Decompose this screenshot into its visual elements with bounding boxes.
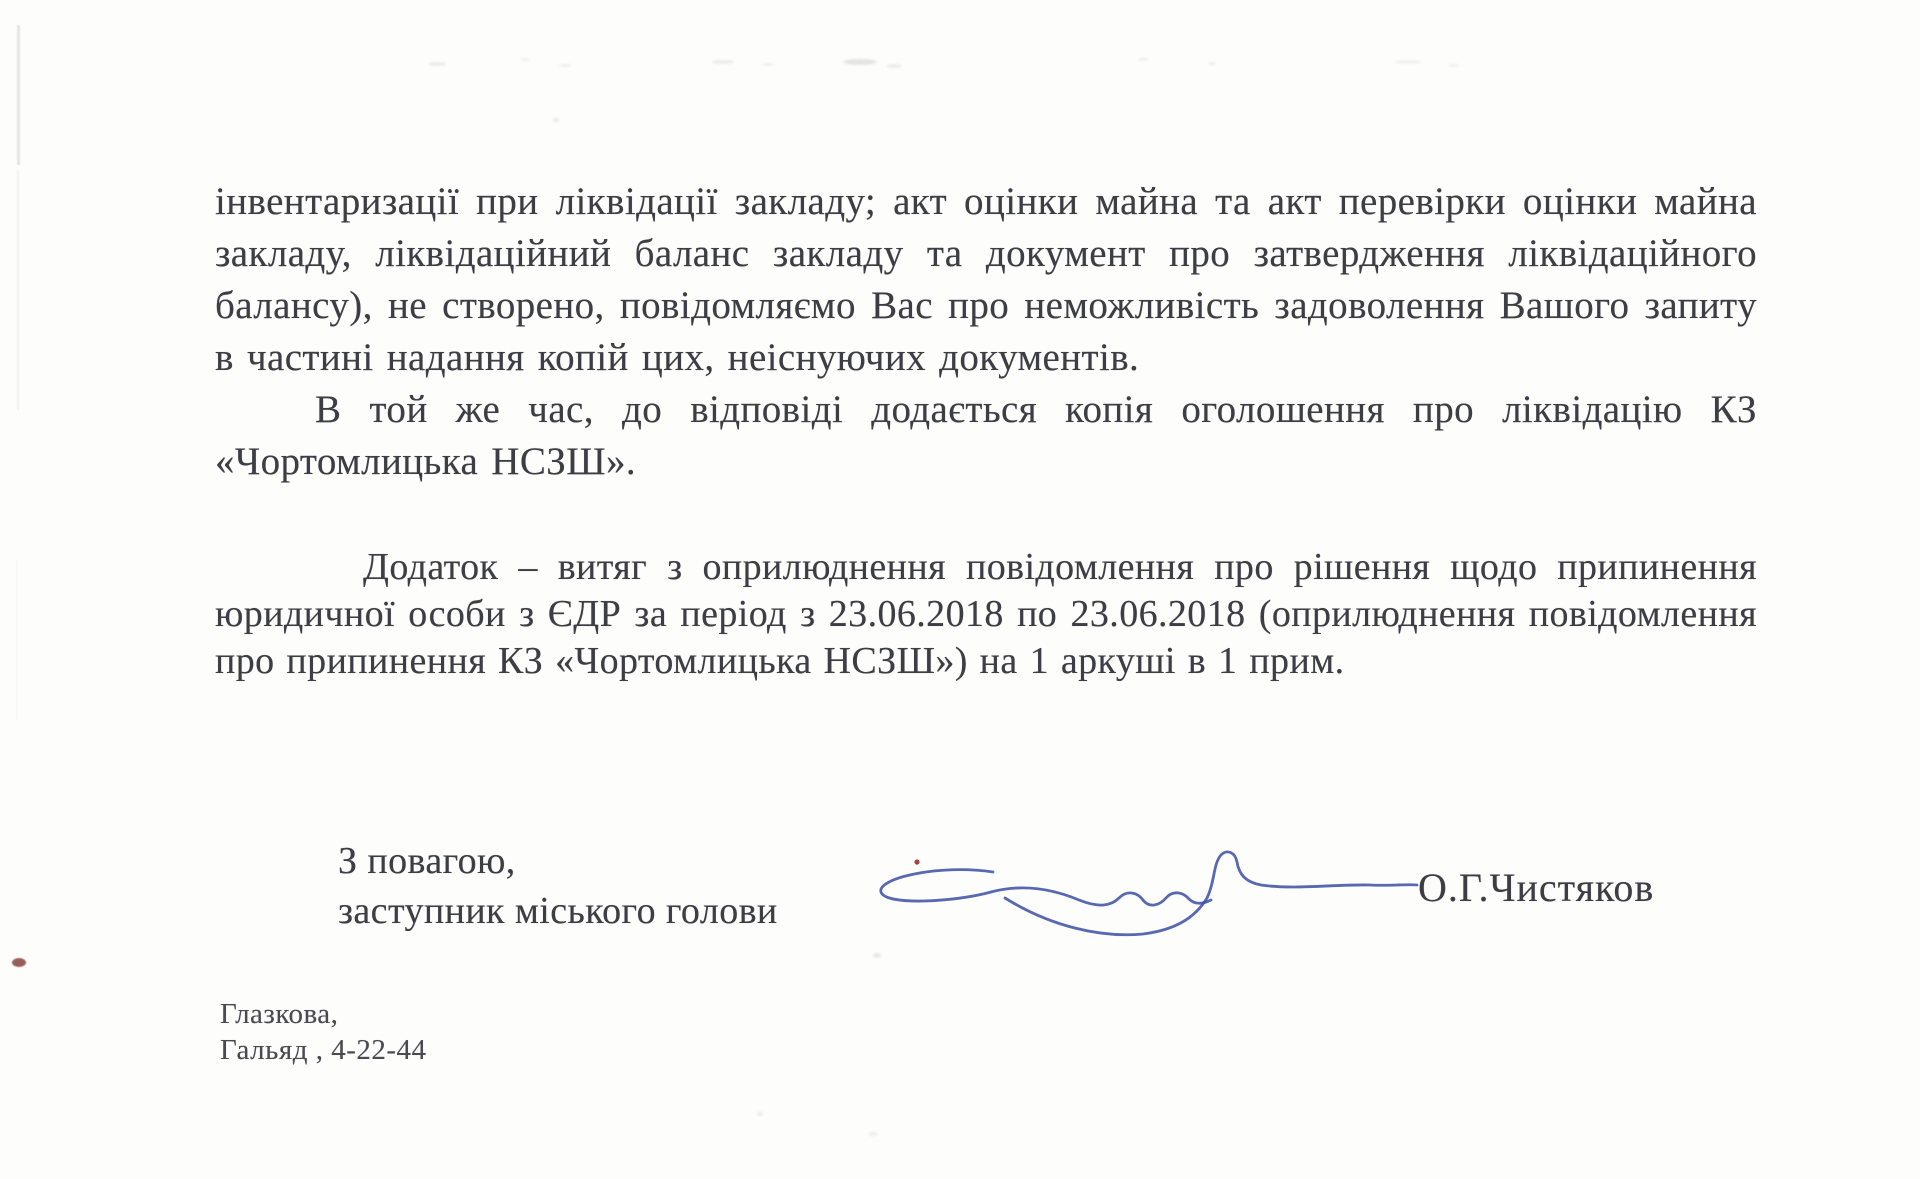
letter-body: інвентаризації при ліквідації закладу; а… [215, 176, 1757, 685]
scan-speck [1208, 62, 1216, 65]
attachment-paragraph: Додаток – витяг з оприлюднення повідомле… [215, 544, 1757, 685]
scan-speck [886, 64, 902, 68]
signature-stroke [881, 870, 1211, 905]
body-paragraph-2: В той же час, до відповіді додається коп… [215, 384, 1757, 488]
closing-block: З повагою, заступник міського голови [338, 836, 778, 936]
scan-speck [428, 62, 446, 66]
red-ink-dot [914, 859, 919, 864]
scan-speck [1448, 64, 1460, 67]
scan-speck [873, 953, 881, 958]
scan-speck [1395, 60, 1421, 64]
footer-contact: Глазкова, Гальяд , 4-22-44 [220, 996, 427, 1068]
scan-speck [520, 58, 530, 61]
signer-title: заступник міського голови [338, 886, 778, 936]
scan-speck [868, 1132, 878, 1136]
scan-speck [553, 118, 559, 122]
signature-scribble [865, 840, 1425, 950]
scan-edge-streak [17, 170, 19, 410]
scan-speck [843, 59, 877, 65]
scanned-letter-page: інвентаризації при ліквідації закладу; а… [0, 0, 1920, 1179]
body-paragraph-1: інвентаризації при ліквідації закладу; а… [215, 176, 1757, 384]
scan-edge-streak [17, 25, 20, 165]
scan-speck [1138, 58, 1148, 61]
signature-stroke [1005, 852, 1417, 935]
footer-contact-phone: Гальяд , 4-22-44 [220, 1032, 427, 1068]
footer-contact-name: Глазкова, [220, 996, 427, 1032]
scan-edge-streak [16, 560, 18, 720]
scan-speck [558, 64, 572, 67]
scan-speck [762, 63, 774, 66]
scan-speck [757, 1112, 763, 1116]
signer-name: О.Г.Чистяков [1418, 864, 1654, 911]
red-ink-speck [12, 958, 26, 967]
scan-speck [712, 60, 734, 64]
closing-salutation: З повагою, [338, 836, 778, 886]
